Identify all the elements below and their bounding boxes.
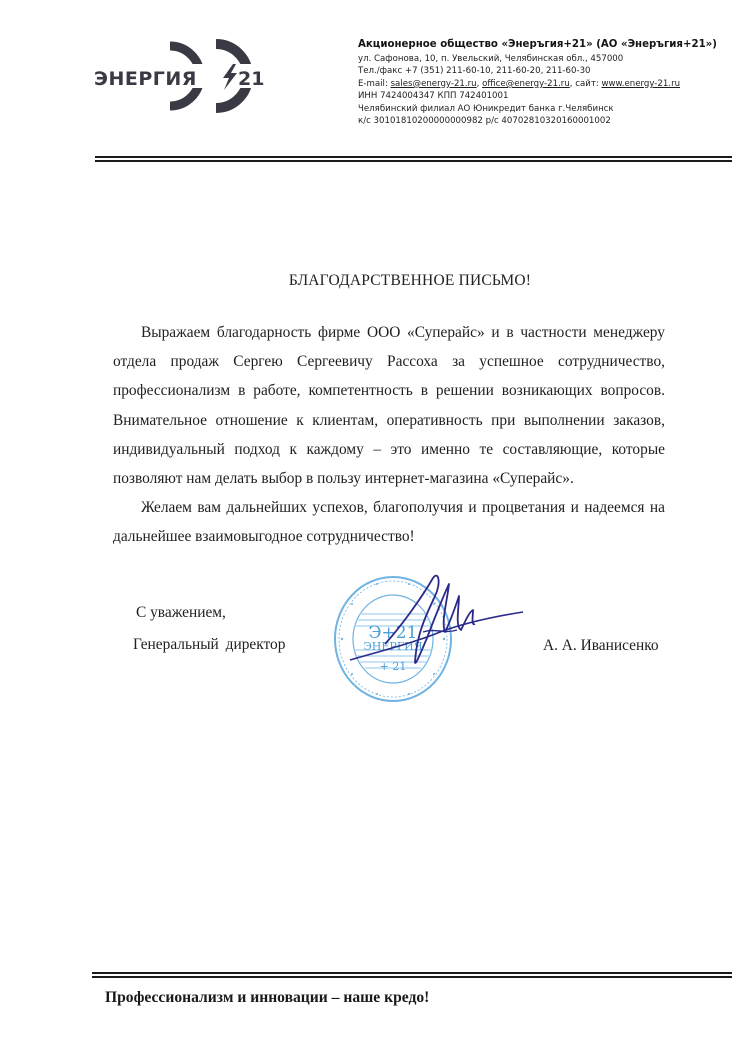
site-label: , сайт:	[570, 79, 602, 89]
closing-phrase: С уважением,	[136, 604, 226, 622]
email-office-link[interactable]: office@energy-21.ru	[482, 79, 570, 89]
email-sales-link[interactable]: sales@energy-21.ru	[391, 79, 477, 89]
signature	[345, 572, 525, 682]
website-link[interactable]: www.energy-21.ru	[601, 79, 680, 89]
header-divider	[95, 156, 732, 161]
company-phone: Тел./факс +7 (351) 211-60-10, 211-60-20,…	[358, 65, 738, 77]
svg-text:ЭНЕРГИЯ: ЭНЕРГИЯ	[94, 68, 197, 90]
company-contacts: E-mail: sales@energy-21.ru, office@energ…	[358, 78, 738, 90]
bank-accounts: к/с 30101810200000000982 р/с 40702810320…	[358, 115, 738, 127]
company-name: Акционерное общество «Энеръгия+21» (АО «…	[358, 38, 738, 52]
footer-divider	[92, 972, 732, 977]
bank-name: Челябинский филиал АО Юникредит банка г.…	[358, 103, 738, 115]
svg-text:21: 21	[238, 68, 264, 90]
company-requisites: Акционерное общество «Энеръгия+21» (АО «…	[358, 38, 738, 127]
letter-title: БЛАГОДАРСТВЕННОЕ ПИСЬМО!	[0, 272, 750, 290]
email-label: E-mail:	[358, 79, 391, 89]
handwritten-signature-icon	[345, 572, 525, 682]
company-address: ул. Сафонова, 10, п. Увельский, Челябинс…	[358, 53, 738, 65]
company-motto: Профессионализм и инновации – наше кредо…	[105, 989, 429, 1007]
letter-body: Выражаем благодарность фирме ООО «Супера…	[113, 318, 665, 552]
signer-name: А. А. Иванисенко	[543, 637, 659, 655]
signer-position: Генеральный директор	[133, 636, 285, 654]
letter-paragraph: Выражаем благодарность фирме ООО «Супера…	[113, 318, 665, 493]
inn-kpp: ИНН 7424004347 КПП 742401001	[358, 90, 738, 102]
company-logo: ЭНЕРГИЯ 21	[92, 30, 282, 122]
letter-paragraph: Желаем вам дальнейших успехов, благополу…	[113, 493, 665, 551]
energia-21-logo-icon: ЭНЕРГИЯ 21	[92, 30, 282, 122]
